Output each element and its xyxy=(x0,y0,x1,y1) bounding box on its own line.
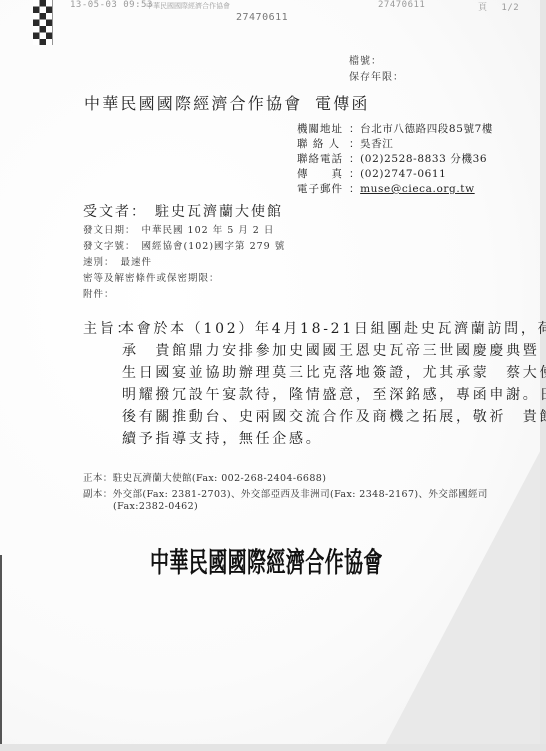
meta-label: 發文日期： xyxy=(83,225,136,236)
fax-number-right: 27470611 xyxy=(378,0,425,10)
subject-line: 承 貴館鼎力安排參加史國國王恩史瓦帝三世國慶慶典暨 xyxy=(122,340,540,360)
contact-label: 傳 真 xyxy=(297,166,349,181)
retention-period-label: 保存年限： xyxy=(349,68,404,83)
subject-line: 生日國宴並協助辦理莫三比克落地簽證，尤其承蒙 蔡大使 xyxy=(122,362,546,382)
subject-line: 後有關推動台、史兩國交流合作及商機之拓展，敬祈 貴館 xyxy=(122,406,546,426)
fax-timestamp: 13-05-03 09:53 xyxy=(70,0,153,10)
document-type: 電傳函 xyxy=(315,91,370,114)
fax-number-center: 27470611 xyxy=(236,12,288,23)
contact-value: 台北市八德路四段85號7樓 xyxy=(360,123,493,135)
meta-urgency: 速別：最速件 xyxy=(83,254,152,268)
copy-recipients: 副本：外交部(Fax: 2381-2703)、外交部亞西及非洲司(Fax: 23… xyxy=(83,486,488,500)
original-recipient: 正本：駐史瓦濟蘭大使館(Fax: 002-268-2404-6688) xyxy=(83,470,326,484)
copy-value: 外交部(Fax: 2381-2703)、外交部亞西及非洲司(Fax: 2348-… xyxy=(113,489,488,500)
contact-fax: 傳 真：(02)2747-0611 xyxy=(297,166,446,181)
contact-value: (02)2528-8833 分機36 xyxy=(360,153,487,165)
meta-value: 中華民國 102 年 5 月 2 日 xyxy=(142,225,275,236)
meta-label: 密等及解密條件或保密期限： xyxy=(83,273,220,284)
email-link[interactable]: muse@cieca.org.tw xyxy=(360,183,475,195)
letterhead-org: 中華民國國際經濟合作協會 xyxy=(84,91,302,114)
contact-label: 聯 絡 人 xyxy=(297,136,349,151)
contact-email: 電子郵件：muse@cieca.org.tw xyxy=(297,181,475,196)
fax-page-indicator: 頁 1/2 xyxy=(478,0,519,13)
file-number-label: 檔號： xyxy=(349,52,382,67)
original-label: 正本： xyxy=(83,473,113,484)
contact-value: 吳香江 xyxy=(360,138,393,150)
meta-label: 附件： xyxy=(83,289,115,300)
fax-sender: 中華民國國際經濟合作協會 xyxy=(146,1,230,11)
contact-address: 機關地址：台北市八德路四段85號7樓 xyxy=(297,121,493,136)
original-value: 駐史瓦濟蘭大使館(Fax: 002-268-2404-6688) xyxy=(113,473,327,484)
meta-value: 最速件 xyxy=(121,257,153,268)
subject-line: 續予指導支持，無任企感。 xyxy=(122,428,322,448)
meta-attachment: 附件： xyxy=(83,286,115,300)
recipient-value: 駐史瓦濟蘭大使館 xyxy=(155,204,283,220)
contact-value: (02)2747-0611 xyxy=(360,168,446,180)
recipient: 受文者：駐史瓦濟蘭大使館 xyxy=(83,201,283,221)
subject-line: 本會於本（102）年4月18-21日組團赴史瓦濟蘭訪問，荷 xyxy=(120,318,546,338)
contact-label: 聯絡電話 xyxy=(297,151,349,166)
meta-security: 密等及解密條件或保密期限： xyxy=(83,270,220,284)
contact-label: 電子郵件 xyxy=(297,181,349,196)
organization-seal: 中華民國國際經濟合作協會 xyxy=(150,541,383,580)
copy-recipients-continued: (Fax:2382-0462) xyxy=(113,501,198,512)
meta-value: 國經協會(102)國字第 279 號 xyxy=(142,241,286,252)
copy-label: 副本： xyxy=(83,489,113,500)
contact-person: 聯 絡 人：吳香江 xyxy=(297,136,393,151)
subject-line: 明耀撥冗設午宴款待，隆情盛意，至深銘感，專函申謝。日 xyxy=(122,384,546,404)
contact-label: 機關地址 xyxy=(297,121,349,136)
fax-checker-mark-icon xyxy=(33,0,53,45)
meta-label: 速別： xyxy=(83,257,115,268)
meta-date: 發文日期：中華民國 102 年 5 月 2 日 xyxy=(83,222,274,236)
scan-edge-left xyxy=(0,555,2,751)
recipient-label: 受文者： xyxy=(83,204,147,220)
contact-phone: 聯絡電話：(02)2528-8833 分機36 xyxy=(297,151,487,166)
scan-edge-bottom xyxy=(0,744,546,751)
meta-doc-number: 發文字號：國經協會(102)國字第 279 號 xyxy=(83,238,285,252)
meta-label: 發文字號： xyxy=(83,241,136,252)
